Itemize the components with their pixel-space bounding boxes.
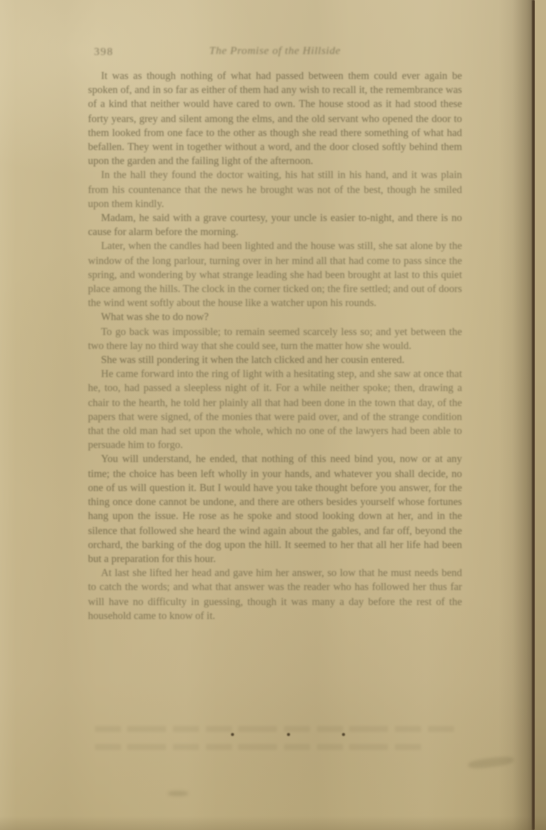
page-curl-shadow — [498, 0, 534, 830]
body-paragraph: She was still pondering it when the latc… — [88, 354, 462, 368]
body-paragraph: What was she to do now? — [88, 311, 462, 325]
ghost-showthrough-line — [95, 726, 457, 732]
body-paragraph: At last she lifted her head and gave him… — [88, 567, 462, 624]
adjacent-page-edge — [535, 0, 546, 830]
body-paragraph: To go back was impossible; to remain see… — [88, 326, 462, 354]
body-paragraph: Madam, he said with a grave courtesy, yo… — [88, 212, 462, 240]
section-break-dots: ··· — [231, 733, 345, 736]
body-paragraph: Later, when the candles had been lighted… — [88, 240, 462, 311]
body-paragraph: In the hall they found the doctor waitin… — [88, 169, 462, 212]
bottom-scan-shadow — [0, 816, 546, 830]
section-break-dot: · — [287, 733, 290, 736]
body-paragraph: He came forward into the ring of light w… — [88, 368, 462, 453]
body-paragraph: It was as though nothing of what had pas… — [88, 70, 462, 169]
section-break-dot: · — [342, 733, 345, 736]
page-header: 398 The Promise of the Hillside — [0, 44, 546, 62]
body-text: It was as though nothing of what had pas… — [88, 70, 462, 624]
scanned-book-page: 398 The Promise of the Hillside It was a… — [0, 0, 546, 830]
ink-smudge — [168, 791, 188, 796]
ghost-showthrough-line — [95, 744, 425, 750]
running-title: The Promise of the Hillside — [88, 45, 462, 57]
body-paragraph: You will understand, he ended, that noth… — [88, 453, 462, 567]
section-break-dot: · — [231, 733, 234, 736]
